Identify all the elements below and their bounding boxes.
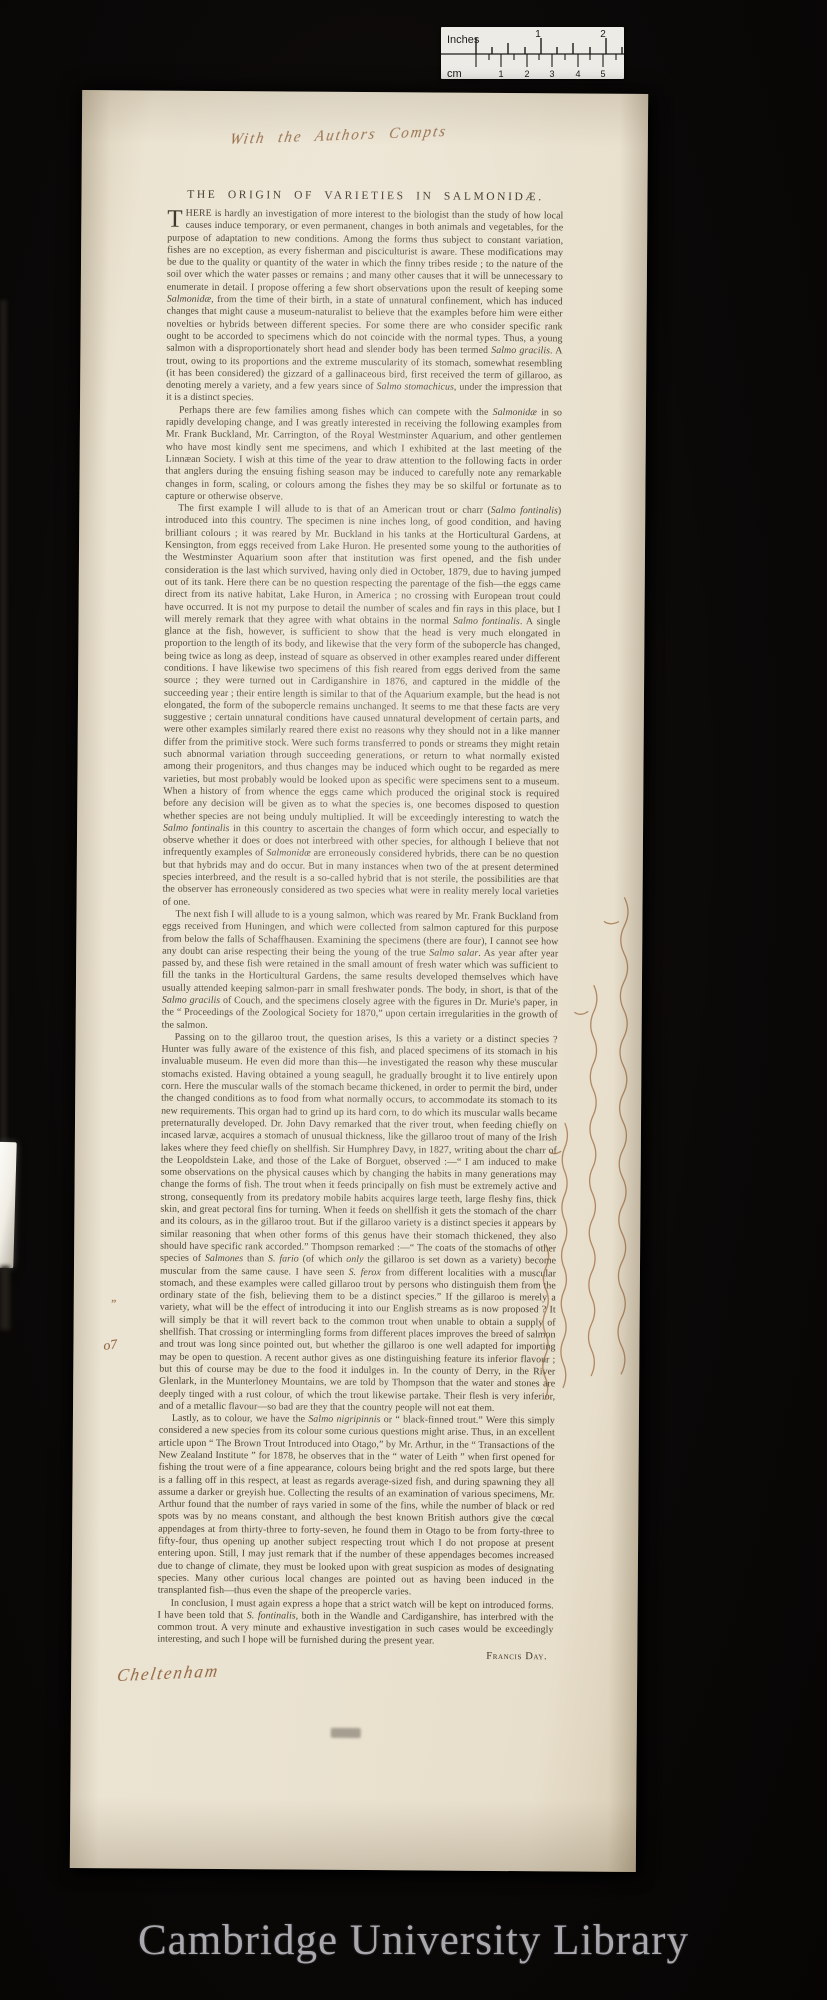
adjacent-page-edge (0, 1142, 17, 1268)
left-shadow-edge (0, 300, 7, 1145)
article-paragraph: In conclusion, I must again express a ho… (157, 1597, 553, 1649)
document-page: With the Authors Compts THE ORIGIN OF VA… (70, 90, 648, 1872)
article-paragraph: Perhaps there are few families among fis… (165, 404, 562, 505)
handwritten-cheltenham: Cheltenham (116, 1661, 221, 1686)
article: THE ORIGIN OF VARIETIES IN SALMONIDÆ. TH… (157, 189, 563, 1686)
article-paragraph: The next fish I will allude to is a youn… (162, 909, 559, 1035)
ruler-cm-label: cm (447, 68, 462, 79)
margin-ink-mark: o7 (102, 1337, 118, 1355)
ruler-ticks: Inches 1 2 cm 1 2 3 4 5 (441, 27, 624, 79)
ruler-cm-number: 4 (575, 69, 580, 79)
margin-quote-mark: ” (110, 1296, 117, 1311)
scanned-photo-stage: Inches 1 2 cm 1 2 3 4 5 7 With the Autho… (0, 0, 827, 2000)
drop-cap: T (167, 208, 185, 230)
ruler-cm-number: 5 (600, 69, 605, 79)
article-paragraph: Passing on to the gillaroo trout, the qu… (159, 1032, 558, 1416)
article-title: THE ORIGIN OF VARIETIES IN SALMONIDÆ. (167, 189, 563, 204)
ruler-cm-number: 2 (524, 69, 529, 79)
library-watermark: Cambridge University Library (0, 1916, 827, 1965)
ruler-cm-number: 3 (549, 69, 554, 79)
stamp-smudge (331, 1728, 361, 1738)
ruler-inch-number: 2 (600, 29, 606, 40)
ruler-inches-label: Inches (447, 34, 480, 46)
adjacent-page-edge-shadow (0, 1266, 10, 1330)
handwritten-marginalia (535, 861, 639, 1432)
ruler-cm-number: 1 (498, 69, 503, 79)
measurement-ruler: Inches 1 2 cm 1 2 3 4 5 (441, 27, 624, 79)
author-signature: Francis Day. (157, 1646, 553, 1662)
ruler-inch-number: 1 (535, 29, 541, 40)
article-body: THERE is hardly an investigation of more… (157, 208, 563, 1649)
article-paragraph: The first example I will allude to is th… (163, 503, 562, 912)
article-paragraph: Lastly, as to colour, we have the Salmo … (158, 1413, 555, 1600)
opening-paragraph-text: HERE is hardly an investigation of more … (166, 208, 563, 404)
handwritten-compliments: With the Authors Compts (228, 124, 448, 149)
article-opening-paragraph: THERE is hardly an investigation of more… (166, 208, 563, 408)
